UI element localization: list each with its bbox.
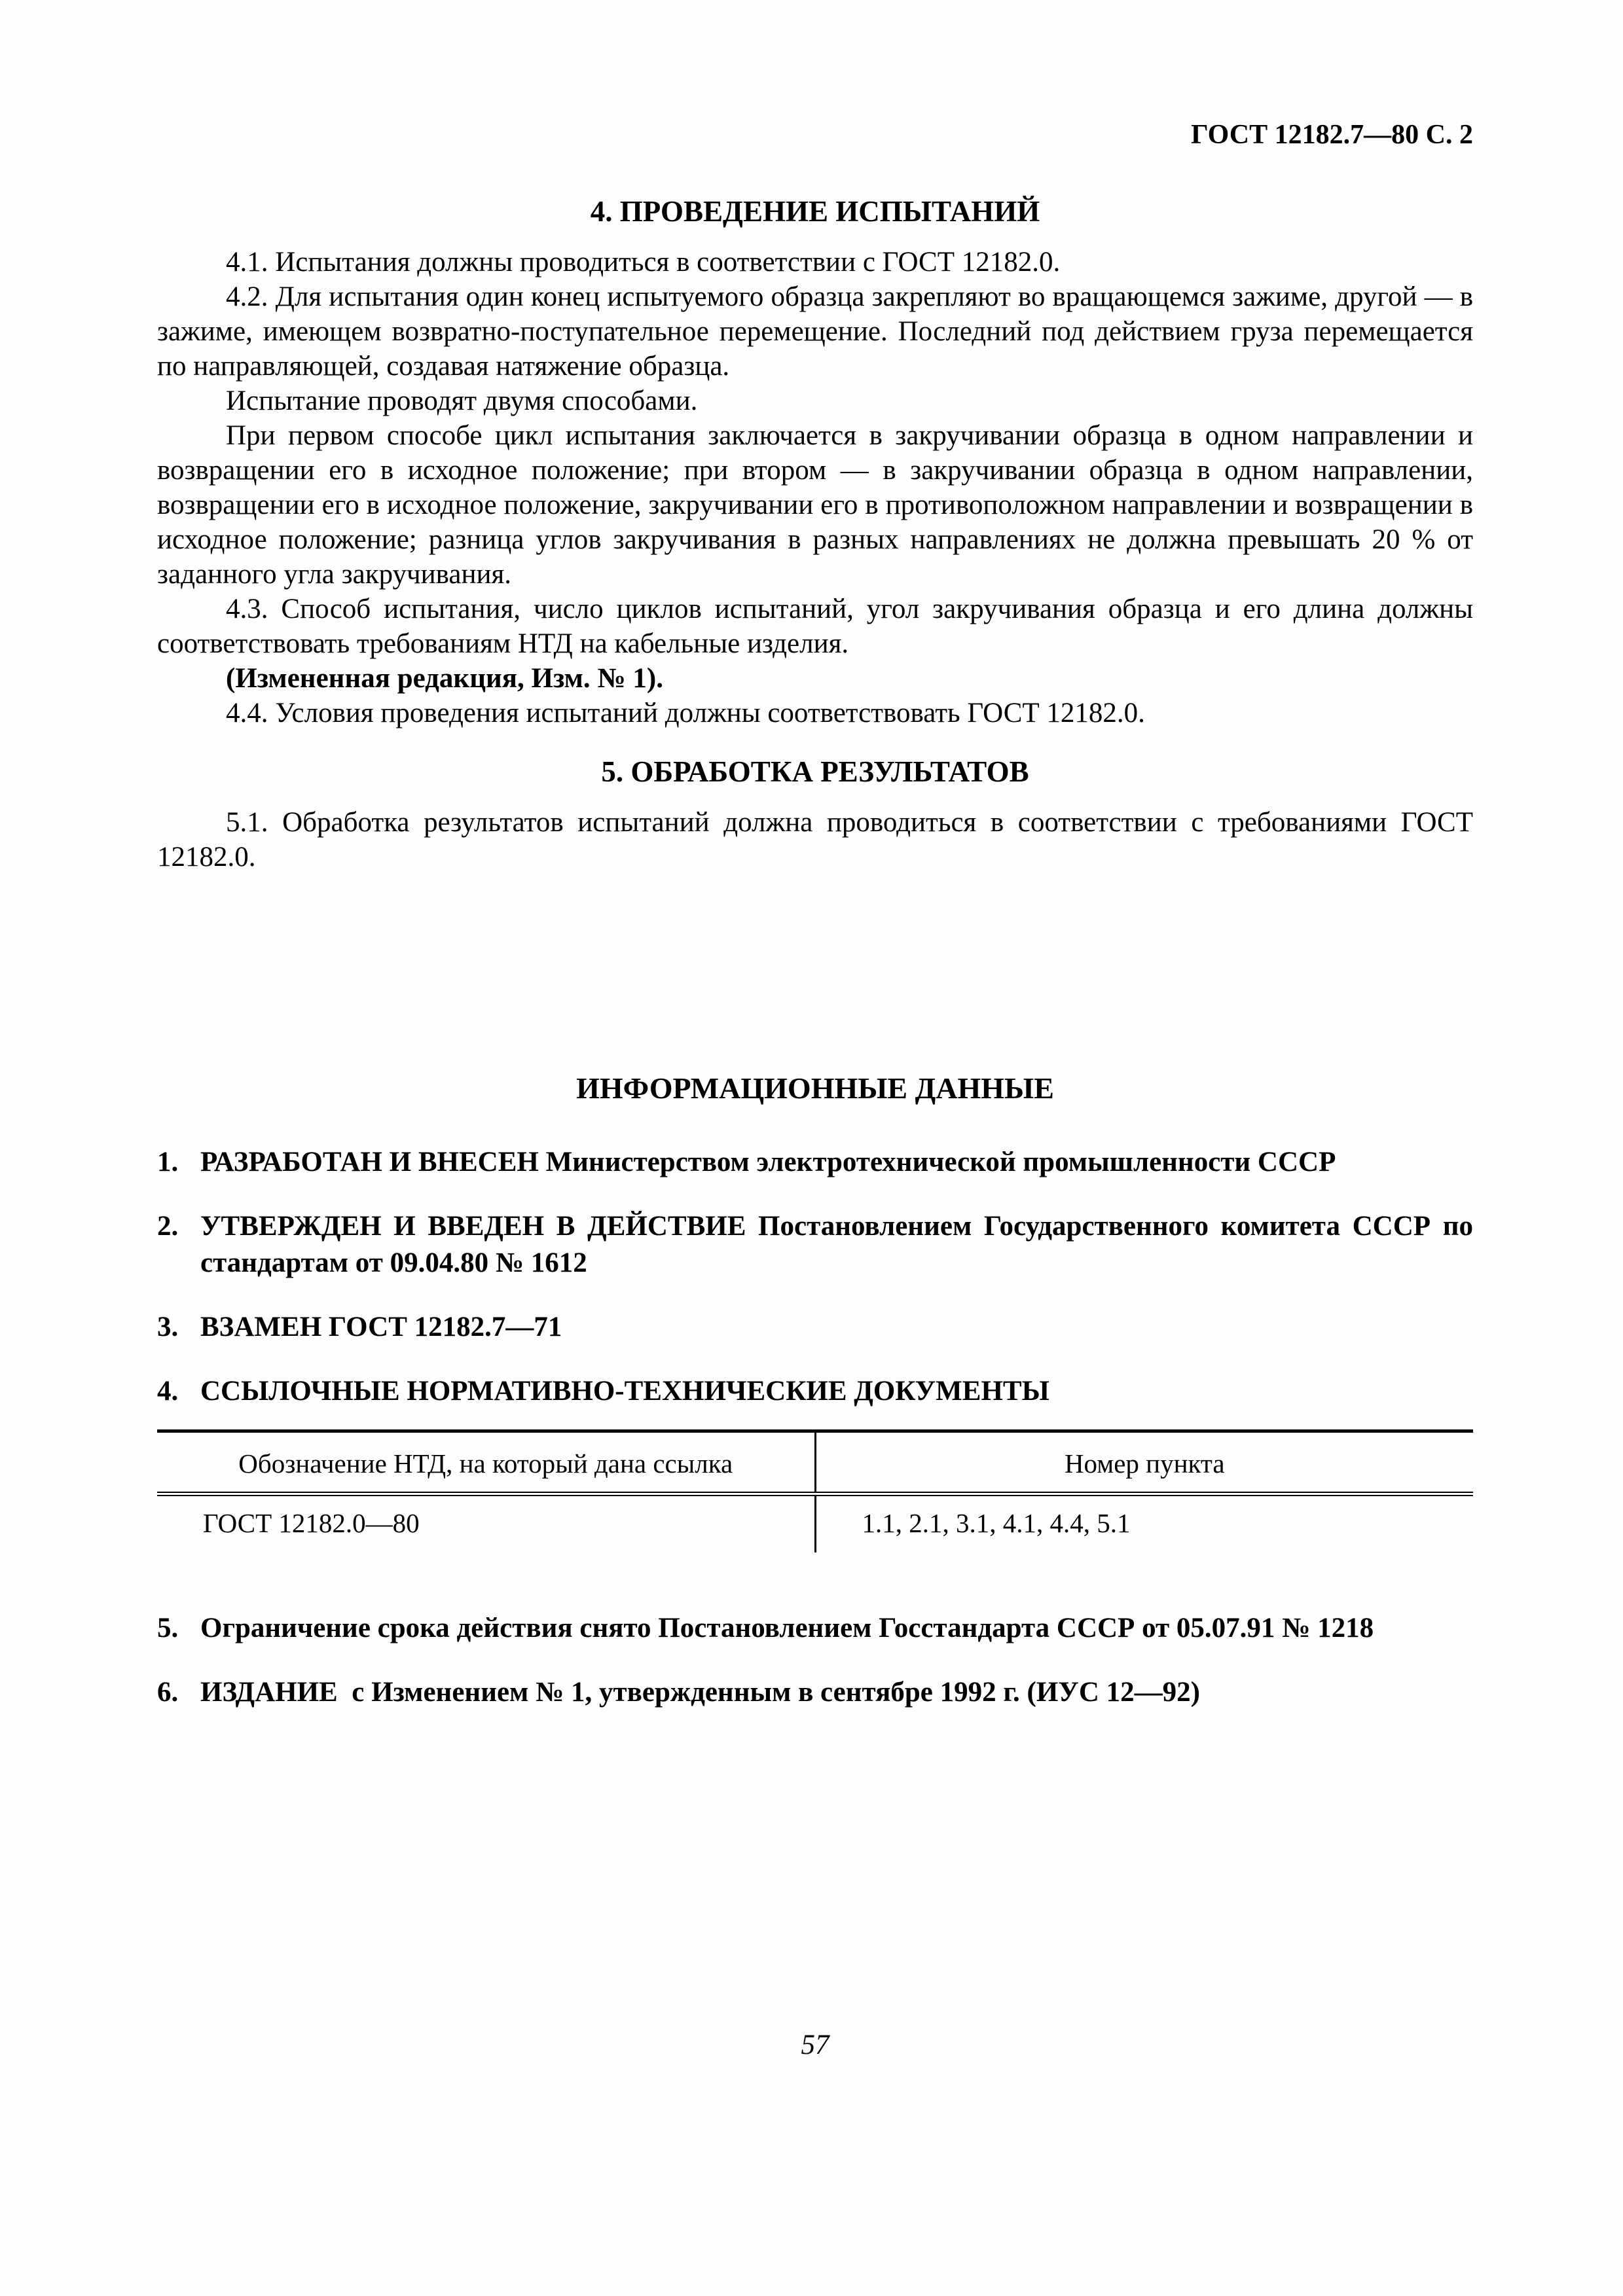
table-header-ntd-designation: Обозначение НТД, на который дана ссылка	[157, 1431, 815, 1494]
table-header-row: Обозначение НТД, на который дана ссылка …	[157, 1431, 1473, 1494]
section-5-heading: 5. ОБРАБОТКА РЕЗУЛЬТАТОВ	[157, 754, 1473, 789]
section-4-heading: 4. ПРОВЕДЕНИЕ ИСПЫТАНИЙ	[157, 194, 1473, 229]
info-item-text: УТВЕРЖДЕН И ВВЕДЕН В ДЕЙСТВИЕ Постановле…	[200, 1211, 1480, 1278]
paragraph-4-2-methods: Испытание проводят двумя способами.	[157, 384, 1473, 418]
table-cell-ntd-designation: ГОСТ 12182.0—80	[157, 1494, 815, 1553]
reference-table-header: Обозначение НТД, на который дана ссылка …	[157, 1431, 1473, 1494]
paragraph-4-3-amendment-note: (Измененная редакция, Изм. № 1).	[157, 661, 1473, 696]
page-number: 57	[157, 2028, 1473, 2063]
reference-table-body: ГОСТ 12182.0—80 1.1, 2.1, 3.1, 4.1, 4.4,…	[157, 1494, 1473, 1553]
table-cell-clause-numbers: 1.1, 2.1, 3.1, 4.1, 4.4, 5.1	[815, 1494, 1473, 1553]
paragraph-4-2: 4.2. Для испытания один конец испытуемог…	[157, 279, 1473, 384]
info-item-number: 6.	[157, 1674, 200, 1711]
reference-documents-table: Обозначение НТД, на который дана ссылка …	[157, 1429, 1473, 1552]
document-page: ГОСТ 12182.7—80 С. 2 4. ПРОВЕДЕНИЕ ИСПЫТ…	[0, 0, 1623, 2296]
paragraph-4-2-method-description: При первом способе цикл испытания заключ…	[157, 418, 1473, 592]
info-item-text: ИЗДАНИЕ с Изменением № 1, утвержденным в…	[200, 1677, 1200, 1708]
informational-data-heading: ИНФОРМАЦИОННЫЕ ДАННЫЕ	[157, 1071, 1473, 1106]
table-row: ГОСТ 12182.0—80 1.1, 2.1, 3.1, 4.1, 4.4,…	[157, 1494, 1473, 1553]
info-item-replaces: 3.ВЗАМЕН ГОСТ 12182.7—71	[157, 1309, 1473, 1346]
info-item-number: 3.	[157, 1309, 200, 1346]
info-item-number: 5.	[157, 1610, 200, 1647]
info-item-validity-limit: 5.Ограничение срока действия снято Поста…	[157, 1610, 1473, 1647]
info-item-approved: 2.УТВЕРЖДЕН И ВВЕДЕН В ДЕЙСТВИЕ Постанов…	[157, 1208, 1473, 1282]
doc-reference: ГОСТ 12182.7—80 С. 2	[157, 118, 1473, 152]
paragraph-4-4: 4.4. Условия проведения испытаний должны…	[157, 696, 1473, 730]
info-item-number: 2.	[157, 1208, 200, 1245]
table-header-clause-number: Номер пункта	[815, 1431, 1473, 1494]
info-item-text: Ограничение срока действия снято Постано…	[200, 1613, 1374, 1643]
paragraph-5-1: 5.1. Обработка результатов испытаний дол…	[157, 805, 1473, 874]
paragraph-4-1: 4.1. Испытания должны проводиться в соот…	[157, 245, 1473, 279]
info-item-text: РАЗРАБОТАН И ВНЕСЕН Министерством электр…	[200, 1147, 1336, 1177]
info-item-edition: 6.ИЗДАНИЕ с Изменением № 1, утвержденным…	[157, 1674, 1473, 1711]
info-item-text: ВЗАМЕН ГОСТ 12182.7—71	[200, 1312, 562, 1342]
info-item-number: 4.	[157, 1373, 200, 1410]
info-item-reference-docs: 4.ССЫЛОЧНЫЕ НОРМАТИВНО-ТЕХНИЧЕСКИЕ ДОКУМ…	[157, 1373, 1473, 1410]
paragraph-4-3: 4.3. Способ испытания, число циклов испы…	[157, 592, 1473, 661]
info-item-number: 1.	[157, 1144, 200, 1181]
info-item-developed: 1.РАЗРАБОТАН И ВНЕСЕН Министерством элек…	[157, 1144, 1473, 1181]
info-item-text: ССЫЛОЧНЫЕ НОРМАТИВНО-ТЕХНИЧЕСКИЕ ДОКУМЕН…	[200, 1376, 1049, 1407]
